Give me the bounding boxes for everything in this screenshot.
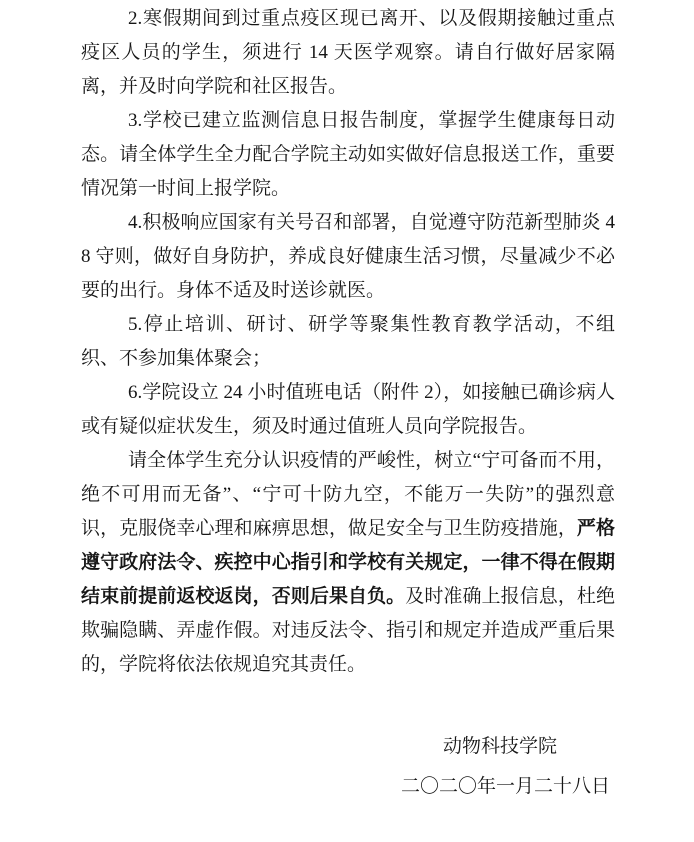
notice-paragraph-item-3: 3.学校已建立监测信息日报告制度，掌握学生健康每日动态。请全体学生全力配合学院主… — [81, 104, 615, 206]
signature-organization: 动物科技学院 — [81, 730, 557, 764]
signature-date: 二〇二〇年一月二十八日 — [81, 770, 610, 804]
notice-closing-paragraph: 请全体学生充分认识疫情的严峻性，树立“宁可备而不用，绝不可用而无备”、“宁可十防… — [81, 444, 615, 682]
notice-paragraph-item-4: 4.积极响应国家有关号召和部署，自觉遵守防范新型肺炎 48 守则，做好自身防护，… — [81, 206, 615, 308]
signature-block: 动物科技学院 二〇二〇年一月二十八日 — [81, 730, 615, 804]
closing-text-lead: 请全体学生充分认识疫情的严峻性，树立“宁可备而不用，绝不可用而无备”、“宁可十防… — [81, 450, 615, 539]
notice-document: 2.寒假期间到过重点疫区现已离开、以及假期接触过重点疫区人员的学生，须进行 14… — [0, 0, 694, 804]
notice-paragraph-item-2: 2.寒假期间到过重点疫区现已离开、以及假期接触过重点疫区人员的学生，须进行 14… — [81, 2, 615, 104]
notice-paragraph-item-6: 6.学院设立 24 小时值班电话（附件 2），如接触已确诊病人或有疑似症状发生，… — [81, 376, 615, 444]
notice-paragraph-item-5: 5.停止培训、研讨、研学等聚集性教育教学活动，不组织、不参加集体聚会； — [81, 308, 615, 376]
